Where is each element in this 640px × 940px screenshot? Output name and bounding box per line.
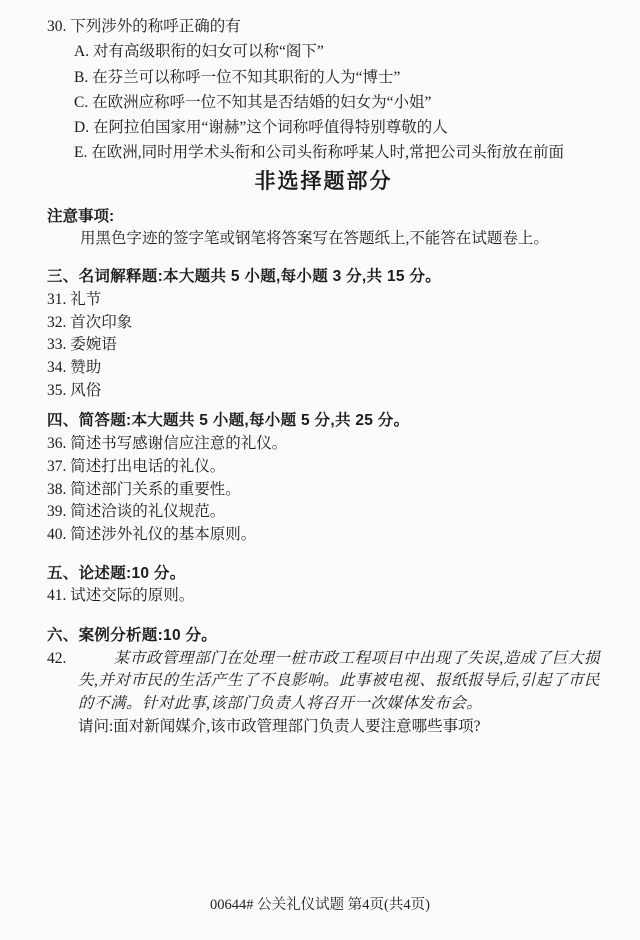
part-four-header: 四、简答题:本大题共 5 小题,每小题 5 分,共 25 分。 xyxy=(47,410,600,433)
question-42-prompt: 请问:面对新闻媒介,该市政管理部门负责人要注意哪些事项? xyxy=(78,716,600,739)
question-38: 38. 简述部门关系的重要性。 xyxy=(47,479,600,502)
question-32: 32. 首次印象 xyxy=(47,312,600,335)
page-footer: 00644# 公关礼仪试题 第4页(共4页) xyxy=(0,893,640,914)
part-five: 五、论述题:10 分。 41. 试述交际的原则。 xyxy=(47,563,600,608)
question-40: 40. 简述涉外礼仪的基本原则。 xyxy=(47,524,600,547)
question-39: 39. 简述洽谈的礼仪规范。 xyxy=(47,501,600,524)
question-36: 36. 简述书写感谢信应注意的礼仪。 xyxy=(47,433,600,456)
question-30: 30. 下列涉外的称呼正确的有 A. 对有高级职衔的妇女可以称“阁下” B. 在… xyxy=(47,14,600,166)
question-42: 42. 某市政管理部门在处理一桩市政工程项目中出现了失误,造成了巨大损失,并对市… xyxy=(47,648,600,739)
question-30-option-e: E. 在欧洲,同时用学术头衔和公司头衔称呼某人时,常把公司头衔放在前面 xyxy=(74,140,600,165)
part-six-header: 六、案例分析题:10 分。 xyxy=(47,625,600,648)
part-three-header: 三、名词解释题:本大题共 5 小题,每小题 3 分,共 15 分。 xyxy=(47,266,600,289)
notice-block: 注意事项: 用黑色字迹的签字笔或钢笔将答案写在答题纸上,不能答在试题卷上。 xyxy=(47,206,600,251)
question-33: 33. 委婉语 xyxy=(47,334,600,357)
part-four-items: 36. 简述书写感谢信应注意的礼仪。 37. 简述打出电话的礼仪。 38. 简述… xyxy=(47,433,600,547)
notice-label: 注意事项: xyxy=(47,206,600,229)
question-30-option-c: C. 在欧洲应称呼一位不知其是否结婚的妇女为“小姐” xyxy=(74,90,600,115)
question-31: 31. 礼节 xyxy=(47,289,600,312)
question-42-case-text: 某市政管理部门在处理一桩市政工程项目中出现了失误,造成了巨大损失,并对市民的生活… xyxy=(78,648,600,716)
part-six: 六、案例分析题:10 分。 42. 某市政管理部门在处理一桩市政工程项目中出现了… xyxy=(47,625,600,739)
part-three-items: 31. 礼节 32. 首次印象 33. 委婉语 34. 赞助 35. 风俗 xyxy=(47,289,600,403)
question-42-number: 42. xyxy=(47,648,66,671)
question-41: 41. 试述交际的原则。 xyxy=(47,585,600,608)
question-34: 34. 赞助 xyxy=(47,357,600,380)
page-content: 30. 下列涉外的称呼正确的有 A. 对有高级职衔的妇女可以称“阁下” B. 在… xyxy=(47,14,600,739)
part-four: 四、简答题:本大题共 5 小题,每小题 5 分,共 25 分。 36. 简述书写… xyxy=(47,410,600,546)
exam-paper-page: 30. 下列涉外的称呼正确的有 A. 对有高级职衔的妇女可以称“阁下” B. 在… xyxy=(0,0,640,940)
question-30-stem: 30. 下列涉外的称呼正确的有 xyxy=(47,14,600,39)
part-five-header: 五、论述题:10 分。 xyxy=(47,563,600,586)
part-three: 三、名词解释题:本大题共 5 小题,每小题 3 分,共 15 分。 31. 礼节… xyxy=(47,266,600,402)
part-five-items: 41. 试述交际的原则。 xyxy=(47,585,600,608)
section-heading-non-multiple-choice: 非选择题部分 xyxy=(47,169,600,195)
question-30-option-d: D. 在阿拉伯国家用“谢赫”这个词称呼值得特别尊敬的人 xyxy=(74,115,600,140)
question-30-option-a: A. 对有高级职衔的妇女可以称“阁下” xyxy=(74,39,600,64)
notice-text: 用黑色字迹的签字笔或钢笔将答案写在答题纸上,不能答在试题卷上。 xyxy=(80,228,600,251)
question-30-option-b: B. 在芬兰可以称呼一位不知其职衔的人为“博士” xyxy=(74,65,600,90)
question-37: 37. 简述打出电话的礼仪。 xyxy=(47,456,600,479)
question-30-options: A. 对有高级职衔的妇女可以称“阁下” B. 在芬兰可以称呼一位不知其职衔的人为… xyxy=(74,39,600,165)
question-35: 35. 风俗 xyxy=(47,380,600,403)
